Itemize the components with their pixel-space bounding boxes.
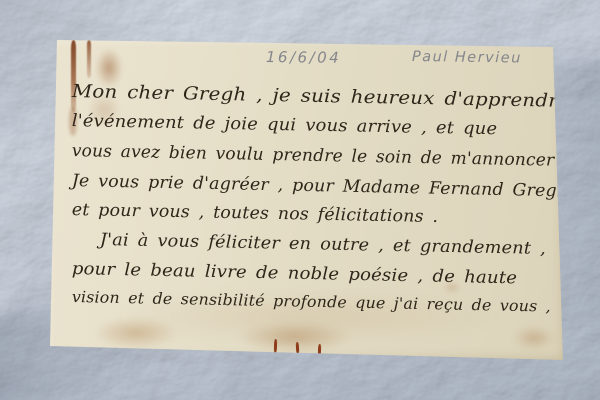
handwriting-line: pour le beau livre de noble poésie , de … <box>72 260 518 288</box>
handwriting-line: J'ai à vous féliciter en outre , et gran… <box>100 231 547 259</box>
manuscript-card: 16/6/04 Paul Hervieu Mon cher Gregh , je… <box>44 36 569 366</box>
photo-of-handwritten-letter: 16/6/04 Paul Hervieu Mon cher Gregh , je… <box>0 0 600 400</box>
rust-edge-mark <box>296 342 300 354</box>
card-surface: 16/6/04 Paul Hervieu Mon cher Gregh , je… <box>44 36 569 366</box>
handwriting-line: vision et de sensibilité profonde que j'… <box>72 288 551 317</box>
handwriting-line: et pour vous , toutes nos félicitations … <box>72 201 439 227</box>
pencil-date-annotation: 16/6/04 <box>266 48 342 67</box>
rust-edge-mark <box>274 339 277 353</box>
handwriting-line: Mon cher Gregh , je suis heureux d'appre… <box>72 82 570 111</box>
handwriting-line: l'événement de joie qui vous arrive , et… <box>72 112 498 139</box>
pencil-author-annotation: Paul Hervieu <box>412 49 522 67</box>
rust-ink-stroke-stain <box>87 40 91 78</box>
handwriting-line: vous avez bien voulu prendre le soin de … <box>72 142 569 171</box>
handwriting-line: Je vous prie d'agréer , pour Madame Fern… <box>72 172 569 201</box>
foxing-stain <box>506 322 562 354</box>
